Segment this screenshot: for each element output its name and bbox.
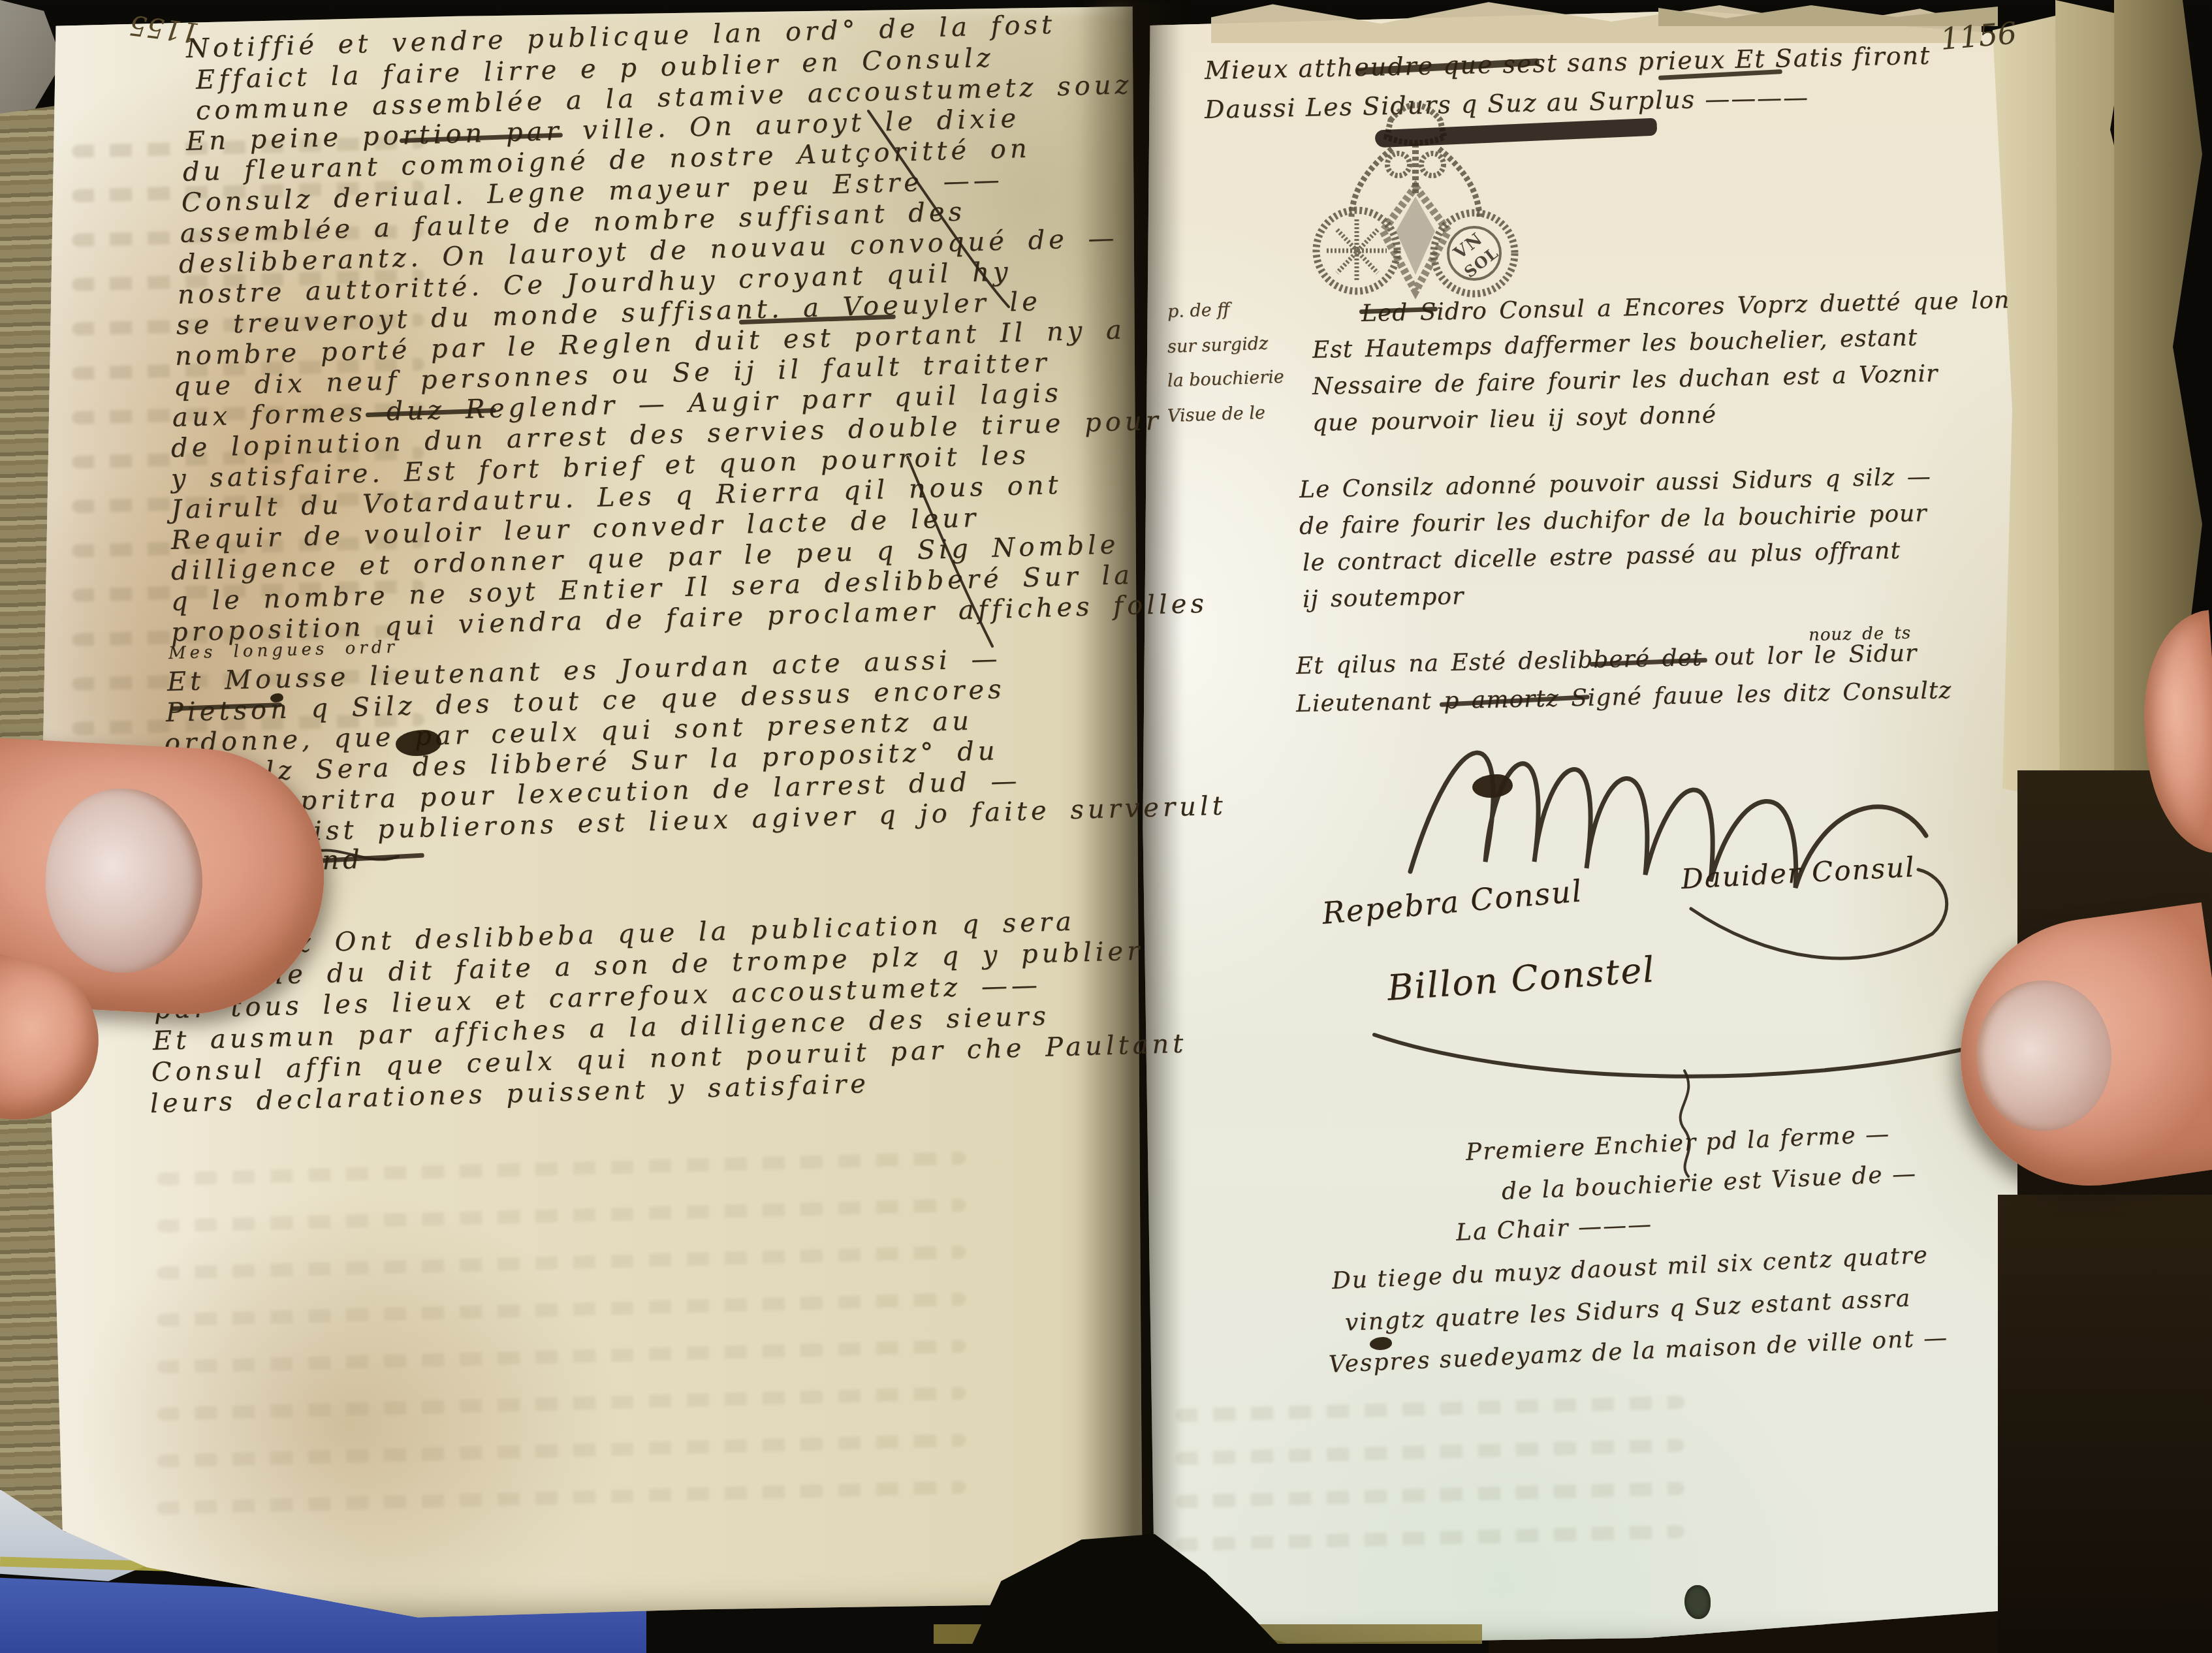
book-gutter-shadow: [1079, 0, 1183, 1653]
fiscal-stamp-un-sol: VN SOL: [1301, 89, 1530, 319]
paper-hole: [1684, 1585, 1711, 1619]
right-edge-shadow-bottom: [1998, 1195, 2212, 1653]
right-page: [1137, 9, 2051, 1645]
manuscript-photo-scene: 1155 1156 Notiffié et vendre publicque l…: [0, 0, 2212, 1653]
